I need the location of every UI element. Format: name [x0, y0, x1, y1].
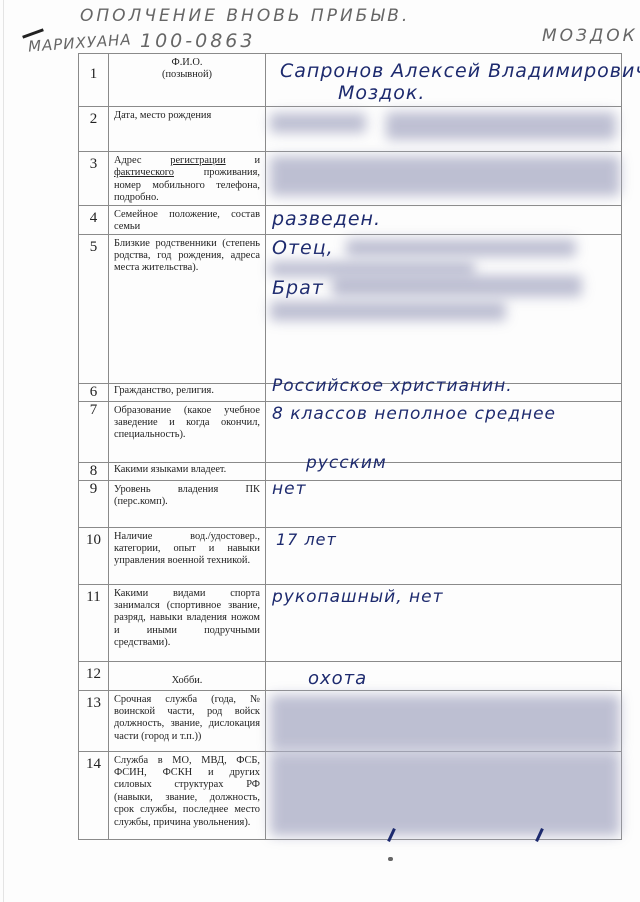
- value-brother: Брат: [272, 277, 324, 299]
- redacted-block: [270, 113, 366, 133]
- row-value: Отец, Брат: [266, 234, 622, 383]
- questionnaire-table: 1 Ф.И.О. (позывной) Сапронов Алексей Вла…: [78, 53, 622, 840]
- row-label: Гражданство, религия.: [109, 383, 266, 401]
- value-education: 8 классов неполное среднее: [272, 404, 556, 424]
- value-languages: русским: [306, 453, 387, 473]
- row-number: 12: [79, 661, 109, 690]
- row-5: 5 Близкие родственники (степень родства,…: [79, 234, 622, 383]
- note-top-line: ОПОЛЧЕНИЕ ВНОВЬ ПРИБЫВ.: [80, 6, 410, 26]
- row-label: Дата, место рождения: [109, 107, 266, 152]
- row-label: Близкие родственники (степень родства, г…: [109, 234, 266, 383]
- label-callsign: (позывной): [114, 69, 260, 81]
- value-hobby: охота: [308, 668, 367, 689]
- row-13: 13 Срочная служба (года, № воинской част…: [79, 690, 622, 751]
- value-fullname: Сапронов Алексей Владимирович: [280, 60, 640, 82]
- value-marital: разведен.: [272, 208, 381, 230]
- row-number: 7: [79, 401, 109, 462]
- value-pc-level: нет: [272, 479, 306, 499]
- row-9: 9 Уровень владения ПК (перс.комп). нет: [79, 480, 622, 527]
- redacted-block: [346, 239, 576, 257]
- row-number: 4: [79, 205, 109, 234]
- row-number: 10: [79, 527, 109, 584]
- row-label: Срочная служба (года, № воинской части, …: [109, 690, 266, 751]
- label-part: и: [254, 155, 260, 167]
- row-3: 3 Адрес регистрации и фактического прожи…: [79, 152, 622, 206]
- row-number: 8: [79, 462, 109, 480]
- label-part: регистрации: [170, 155, 225, 167]
- row-number: 14: [79, 751, 109, 839]
- row-label: Образование (какое учебное заведение и к…: [109, 401, 266, 462]
- row-value: Сапронов Алексей Владимирович Моздок.: [266, 54, 622, 107]
- row-1: 1 Ф.И.О. (позывной) Сапронов Алексей Вла…: [79, 54, 622, 107]
- redacted-block: [270, 695, 620, 751]
- row-number: 11: [79, 584, 109, 661]
- row-value: [266, 107, 622, 152]
- scan-edge: [3, 0, 4, 902]
- row-value: русским: [266, 462, 622, 480]
- row-value: [266, 751, 622, 839]
- row-12: 12 Хобби. охота: [79, 661, 622, 690]
- note-city: МОЗДОК: [542, 26, 638, 46]
- label-part: фактического: [114, 167, 174, 178]
- row-value: разведен.: [266, 205, 622, 234]
- row-value: охота: [266, 661, 622, 690]
- row-8: 8 Какими языками владеет. русским: [79, 462, 622, 480]
- row-6: 6 Гражданство, религия. Российское христ…: [79, 383, 622, 401]
- row-number: 2: [79, 107, 109, 152]
- row-number: 9: [79, 480, 109, 527]
- row-number: 3: [79, 152, 109, 206]
- redacted-block: [270, 752, 620, 836]
- row-label: Уровень владения ПК (перс.комп).: [109, 480, 266, 527]
- row-label: Семейное положение, состав семьи: [109, 205, 266, 234]
- redacted-block: [270, 156, 620, 196]
- row-label: Какими видами спорта занимался (спортивн…: [109, 584, 266, 661]
- note-callsign: МАРИХУАНА: [27, 30, 132, 55]
- row-value: рукопашный, нет: [266, 584, 622, 661]
- row-label: Адрес регистрации и фактического прожива…: [109, 152, 266, 206]
- value-city: Моздок.: [338, 82, 425, 104]
- row-label: Наличие вод./удостовер., категории, опыт…: [109, 527, 266, 584]
- row-10: 10 Наличие вод./удостовер., категории, о…: [79, 527, 622, 584]
- redacted-block: [270, 301, 506, 321]
- row-label: Какими языками владеет.: [109, 462, 266, 480]
- row-label: Ф.И.О. (позывной): [109, 54, 266, 107]
- redacted-block: [386, 112, 616, 140]
- row-4: 4 Семейное положение, состав семьи разве…: [79, 205, 622, 234]
- row-14: 14 Служба в МО, МВД, ФСБ, ФСИН, ФСКН и д…: [79, 751, 622, 839]
- label-fio: Ф.И.О.: [114, 57, 260, 69]
- row-value: Российское христианин.: [266, 383, 622, 401]
- row-2: 2 Дата, место рождения: [79, 107, 622, 152]
- row-label: Хобби.: [109, 661, 266, 690]
- value-father: Отец,: [272, 237, 334, 259]
- value-driving: 17 лет: [276, 530, 337, 549]
- row-number: 1: [79, 54, 109, 107]
- ink-speck: [388, 857, 393, 861]
- row-value: [266, 690, 622, 751]
- note-number: 100-0863: [140, 30, 255, 52]
- value-sports: рукопашный, нет: [272, 587, 443, 607]
- value-citizenship: Российское христианин.: [272, 376, 513, 396]
- row-11: 11 Какими видами спорта занимался (спорт…: [79, 584, 622, 661]
- redacted-block: [332, 275, 582, 297]
- row-label: Служба в МО, МВД, ФСБ, ФСИН, ФСКН и друг…: [109, 751, 266, 839]
- row-number: 13: [79, 690, 109, 751]
- row-value: [266, 152, 622, 206]
- row-number: 6: [79, 383, 109, 401]
- row-number: 5: [79, 234, 109, 383]
- row-value: 17 лет: [266, 527, 622, 584]
- label-part: Адрес: [114, 155, 141, 167]
- row-value: нет: [266, 480, 622, 527]
